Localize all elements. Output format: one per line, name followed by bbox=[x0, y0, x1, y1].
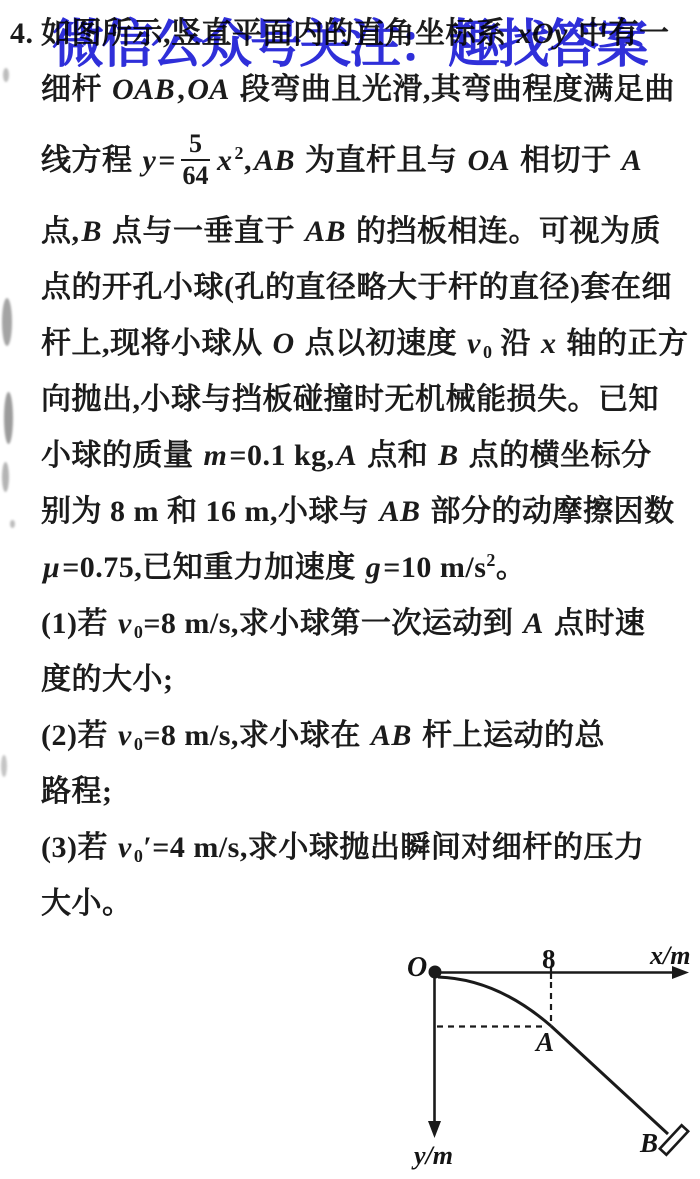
text-run: 度的大小; bbox=[41, 663, 174, 696]
text-run: (1)若 bbox=[41, 607, 116, 640]
point-a-label: A bbox=[534, 1027, 554, 1057]
text-line: 细杆 OAB,OA 段弯曲且光滑,其弯曲程度满足曲 bbox=[10, 62, 694, 118]
math-variable: OA bbox=[185, 73, 232, 106]
x-axis-label: x/m bbox=[649, 941, 690, 970]
math-variable: v bbox=[465, 327, 483, 360]
text-run: 点和 bbox=[359, 439, 436, 472]
text-run: 沿 bbox=[493, 327, 540, 360]
text-line: 大小。 bbox=[10, 876, 694, 932]
ball-at-origin bbox=[429, 966, 442, 979]
text-run: 杆上,现将小球从 bbox=[41, 327, 271, 360]
text-line: 4.如图所示,竖直平面内的直角坐标系 xOy 中有一 bbox=[10, 6, 694, 62]
text-run: 点以初速度 bbox=[297, 327, 466, 360]
text-run: 小球的质量 bbox=[41, 439, 202, 472]
text-run: =10 m/s bbox=[383, 551, 486, 584]
text-run: 别为 8 m 和 16 m,小球与 bbox=[41, 495, 377, 528]
text-line: (2)若 v0=8 m/s,求小球在 AB 杆上运动的总 bbox=[10, 708, 694, 764]
text-run: ′=4 m/s,求小球抛出瞬间对细杆的压力 bbox=[143, 831, 644, 864]
math-variable: AB bbox=[303, 215, 348, 248]
text-run: 杆上运动的总 bbox=[414, 719, 605, 752]
text-run: 线方程 bbox=[41, 144, 141, 177]
text-run: =0.1 kg, bbox=[229, 439, 334, 472]
text-run: 相切于 bbox=[512, 144, 620, 177]
point-b-label: B bbox=[639, 1128, 658, 1158]
text-line: 别为 8 m 和 16 m,小球与 AB 部分的动摩擦因数 bbox=[10, 484, 694, 540]
text-run: 路程; bbox=[41, 775, 113, 808]
math-variable: v bbox=[116, 831, 134, 864]
math-variable: AB bbox=[369, 719, 414, 752]
text-run: =0.75,已知重力加速度 bbox=[62, 551, 364, 584]
text-run: 为直杆且与 bbox=[297, 144, 466, 177]
math-variable: μ bbox=[41, 551, 62, 584]
text-run: 点时速 bbox=[546, 607, 646, 640]
text-run: 段弯曲且光滑,其弯曲程度满足曲 bbox=[232, 73, 675, 106]
text-line: 杆上,现将小球从 O 点以初速度 v0 沿 x 轴的正方 bbox=[10, 316, 694, 372]
text-line: 点,B 点与一垂直于 AB 的挡板相连。可视为质 bbox=[10, 204, 694, 260]
x-tick-label: 8 bbox=[542, 944, 556, 974]
math-variable: m bbox=[202, 439, 230, 472]
text-run: , bbox=[177, 73, 185, 106]
scanned-exam-page: 微信公众号关注：趣找答案 4.如图所示,竖直平面内的直角坐标系 xOy 中有一细… bbox=[0, 0, 700, 1179]
math-variable: A bbox=[620, 144, 645, 177]
text-line: (1)若 v0=8 m/s,求小球第一次运动到 A 点时速 bbox=[10, 596, 694, 652]
text-run: 。 bbox=[496, 551, 527, 584]
text-line: 线方程 y=564x2,AB 为直杆且与 OA 相切于 A bbox=[10, 118, 694, 204]
text-run: =8 m/s,求小球在 bbox=[143, 719, 369, 752]
text-run: (2)若 bbox=[41, 719, 116, 752]
math-variable: OAB bbox=[110, 73, 177, 106]
text-line: 小球的质量 m=0.1 kg,A 点和 B 点的横坐标分 bbox=[10, 428, 694, 484]
math-variable: xOy bbox=[515, 17, 570, 50]
text-run: (3)若 bbox=[41, 831, 116, 864]
text-run: = bbox=[158, 144, 176, 177]
text-run: , bbox=[244, 144, 252, 177]
math-variable: x bbox=[215, 144, 235, 177]
text-line: 路程; bbox=[10, 764, 694, 820]
text-line: 向抛出,小球与挡板碰撞时无机械能损失。已知 bbox=[10, 372, 694, 428]
math-variable: O bbox=[271, 327, 297, 360]
text-run: 的挡板相连。可视为质 bbox=[348, 215, 661, 248]
math-variable: g bbox=[364, 551, 384, 584]
math-variable: v bbox=[116, 607, 134, 640]
math-variable: A bbox=[335, 439, 360, 472]
text-line: 度的大小; bbox=[10, 652, 694, 708]
math-variable: x bbox=[539, 327, 559, 360]
math-variable: AB bbox=[377, 495, 422, 528]
straight-rod-AB bbox=[551, 1026, 668, 1134]
problem-text: 4.如图所示,竖直平面内的直角坐标系 xOy 中有一细杆 OAB,OA 段弯曲且… bbox=[10, 6, 694, 932]
y-axis-arrow-icon bbox=[428, 1121, 441, 1138]
text-run: 点与一垂直于 bbox=[104, 215, 303, 248]
text-run: 点的横坐标分 bbox=[461, 439, 652, 472]
fraction: 564 bbox=[181, 130, 210, 190]
y-axis-label: y/m bbox=[411, 1141, 453, 1170]
math-variable: A bbox=[521, 607, 546, 640]
text-run: =8 m/s,求小球第一次运动到 bbox=[143, 607, 521, 640]
text-run: 点的开孔小球(孔的直径略大于杆的直径)套在细 bbox=[41, 271, 672, 304]
text-line: 点的开孔小球(孔的直径略大于杆的直径)套在细 bbox=[10, 260, 694, 316]
text-run: 向抛出,小球与挡板碰撞时无机械能损失。已知 bbox=[41, 383, 659, 416]
math-variable: y bbox=[141, 144, 159, 177]
origin-label: O bbox=[407, 952, 427, 983]
math-variable: B bbox=[80, 215, 105, 248]
text-run: 大小。 bbox=[41, 887, 133, 920]
math-variable: OA bbox=[465, 144, 512, 177]
text-run: 轴的正方 bbox=[559, 327, 689, 360]
text-run: 部分的动摩擦因数 bbox=[423, 495, 675, 528]
problem-number: 4. bbox=[10, 6, 36, 62]
text-line: (3)若 v0′=4 m/s,求小球抛出瞬间对细杆的压力 bbox=[10, 820, 694, 876]
text-line: μ=0.75,已知重力加速度 g=10 m/s2。 bbox=[10, 540, 694, 596]
text-run: 如图所示,竖直平面内的直角坐标系 bbox=[41, 17, 515, 50]
math-variable: v bbox=[116, 719, 134, 752]
math-variable: AB bbox=[252, 144, 297, 177]
text-run: 细杆 bbox=[41, 73, 110, 106]
math-variable: B bbox=[436, 439, 461, 472]
curved-rod-OA bbox=[438, 977, 551, 1026]
text-run: 点, bbox=[41, 215, 80, 248]
text-run: 中有一 bbox=[570, 17, 670, 50]
